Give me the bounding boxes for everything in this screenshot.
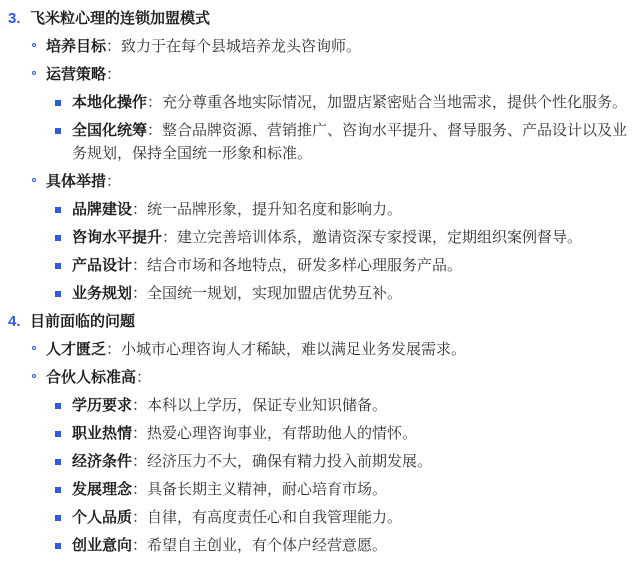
list-item: 合伙人标准高： 学历要求：本科以上学历，保证专业知识储备。 职业热情：热爱心理咨… xyxy=(8,366,632,557)
item-text: ：致力于在每个县城培养龙头咨询师。 xyxy=(106,38,361,55)
item-text: ：自律，有高度责任心和自我管理能力。 xyxy=(132,509,402,526)
section-3: 3. 飞米粒心理的连锁加盟模式 培养目标：致力于在每个县城培养龙头咨询师。 运营… xyxy=(8,7,632,305)
item-text: ：充分尊重各地实际情况，加盟店紧密贴合当地需求，提供个性化服务。 xyxy=(147,94,627,111)
circle-bullet-icon xyxy=(32,374,36,378)
list-item: 品牌建设：统一品牌形象，提升知名度和影响力。 xyxy=(8,198,632,221)
term-text: 本地化操作 xyxy=(72,94,147,111)
item-text: ：整合品牌资源、营销推广、咨询水平提升、督导服务、产品设计以及业务规划，保持全国… xyxy=(72,122,627,162)
section-title: 目前面临的问题 xyxy=(30,310,135,333)
square-bullet-icon xyxy=(55,403,61,409)
square-bullet-icon xyxy=(55,291,61,297)
bullet-list-level2: 本地化操作：充分尊重各地实际情况，加盟店紧密贴合当地需求，提供个性化服务。 全国… xyxy=(8,91,632,165)
item-text: ： xyxy=(106,66,121,83)
term-text: 运营策略 xyxy=(46,66,106,83)
square-bullet-icon xyxy=(55,431,61,437)
square-bullet-icon xyxy=(55,459,61,465)
section-number: 4. xyxy=(8,310,30,333)
bullet-list-level1: 培养目标：致力于在每个县城培养龙头咨询师。 运营策略： 本地化操作：充分尊重各地… xyxy=(8,35,632,305)
section-heading: 4. 目前面临的问题 xyxy=(8,310,632,333)
item-text: ： xyxy=(106,173,121,190)
bullet-list-level1: 人才匮乏：小城市心理咨询人才稀缺，难以满足业务发展需求。 合伙人标准高： 学历要… xyxy=(8,338,632,557)
term-text: 业务规划 xyxy=(72,285,132,302)
square-bullet-icon xyxy=(55,263,61,269)
circle-bullet-icon xyxy=(32,178,36,182)
list-item: 培养目标：致力于在每个县城培养龙头咨询师。 xyxy=(8,35,632,58)
section-number: 3. xyxy=(8,7,30,30)
circle-bullet-icon xyxy=(32,346,36,350)
list-item: 本地化操作：充分尊重各地实际情况，加盟店紧密贴合当地需求，提供个性化服务。 xyxy=(8,91,632,114)
item-text: ：全国统一规划，实现加盟店优势互补。 xyxy=(132,285,402,302)
list-item: 发展理念：具备长期主义精神，耐心培育市场。 xyxy=(8,478,632,501)
square-bullet-icon xyxy=(55,487,61,493)
term-text: 创业意向 xyxy=(72,537,132,554)
item-text: ：建立完善培训体系，邀请资深专家授课，定期组织案例督导。 xyxy=(162,229,582,246)
list-item: 全国化统筹：整合品牌资源、营销推广、咨询水平提升、督导服务、产品设计以及业务规划… xyxy=(8,119,632,165)
term-text: 学历要求 xyxy=(72,397,132,414)
item-text: ：本科以上学历，保证专业知识储备。 xyxy=(132,397,387,414)
square-bullet-icon xyxy=(55,207,61,213)
list-item: 运营策略： 本地化操作：充分尊重各地实际情况，加盟店紧密贴合当地需求，提供个性化… xyxy=(8,63,632,165)
square-bullet-icon xyxy=(55,100,61,106)
term-text: 发展理念 xyxy=(72,481,132,498)
square-bullet-icon xyxy=(55,543,61,549)
term-text: 个人品质 xyxy=(72,509,132,526)
list-item: 经济条件：经济压力不大，确保有精力投入前期发展。 xyxy=(8,450,632,473)
list-item: 职业热情：热爱心理咨询事业，有帮助他人的情怀。 xyxy=(8,422,632,445)
section-4: 4. 目前面临的问题 人才匮乏：小城市心理咨询人才稀缺，难以满足业务发展需求。 … xyxy=(8,310,632,557)
term-text: 职业热情 xyxy=(72,425,132,442)
term-text: 培养目标 xyxy=(46,38,106,55)
list-item: 具体举措： 品牌建设：统一品牌形象，提升知名度和影响力。 咨询水平提升：建立完善… xyxy=(8,170,632,305)
list-item: 产品设计：结合市场和各地特点，研发多样心理服务产品。 xyxy=(8,254,632,277)
item-text: ： xyxy=(136,369,151,386)
term-text: 经济条件 xyxy=(72,453,132,470)
section-heading: 3. 飞米粒心理的连锁加盟模式 xyxy=(8,7,632,30)
square-bullet-icon xyxy=(55,235,61,241)
section-title: 飞米粒心理的连锁加盟模式 xyxy=(30,7,210,30)
bullet-list-level2: 学历要求：本科以上学历，保证专业知识储备。 职业热情：热爱心理咨询事业，有帮助他… xyxy=(8,394,632,557)
term-text: 人才匮乏 xyxy=(46,341,106,358)
document-page: 3. 飞米粒心理的连锁加盟模式 培养目标：致力于在每个县城培养龙头咨询师。 运营… xyxy=(0,0,640,557)
square-bullet-icon xyxy=(55,128,61,134)
square-bullet-icon xyxy=(55,515,61,521)
list-item: 个人品质：自律，有高度责任心和自我管理能力。 xyxy=(8,506,632,529)
item-text: ：经济压力不大，确保有精力投入前期发展。 xyxy=(132,453,432,470)
term-text: 全国化统筹 xyxy=(72,122,147,139)
item-text: ：统一品牌形象，提升知名度和影响力。 xyxy=(132,201,402,218)
item-text: ：小城市心理咨询人才稀缺，难以满足业务发展需求。 xyxy=(106,341,466,358)
term-text: 具体举措 xyxy=(46,173,106,190)
item-text: ：希望自主创业，有个体户经营意愿。 xyxy=(132,537,387,554)
list-item: 业务规划：全国统一规划，实现加盟店优势互补。 xyxy=(8,282,632,305)
list-item: 人才匮乏：小城市心理咨询人才稀缺，难以满足业务发展需求。 xyxy=(8,338,632,361)
bullet-list-level2: 品牌建设：统一品牌形象，提升知名度和影响力。 咨询水平提升：建立完善培训体系，邀… xyxy=(8,198,632,305)
circle-bullet-icon xyxy=(32,43,36,47)
item-text: ：具备长期主义精神，耐心培育市场。 xyxy=(132,481,387,498)
item-text: ：热爱心理咨询事业，有帮助他人的情怀。 xyxy=(132,425,417,442)
term-text: 产品设计 xyxy=(72,257,132,274)
list-item: 学历要求：本科以上学历，保证专业知识储备。 xyxy=(8,394,632,417)
list-item: 咨询水平提升：建立完善培训体系，邀请资深专家授课，定期组织案例督导。 xyxy=(8,226,632,249)
circle-bullet-icon xyxy=(32,71,36,75)
term-text: 品牌建设 xyxy=(72,201,132,218)
term-text: 合伙人标准高 xyxy=(46,369,136,386)
list-item: 创业意向：希望自主创业，有个体户经营意愿。 xyxy=(8,534,632,557)
item-text: ：结合市场和各地特点，研发多样心理服务产品。 xyxy=(132,257,462,274)
term-text: 咨询水平提升 xyxy=(72,229,162,246)
